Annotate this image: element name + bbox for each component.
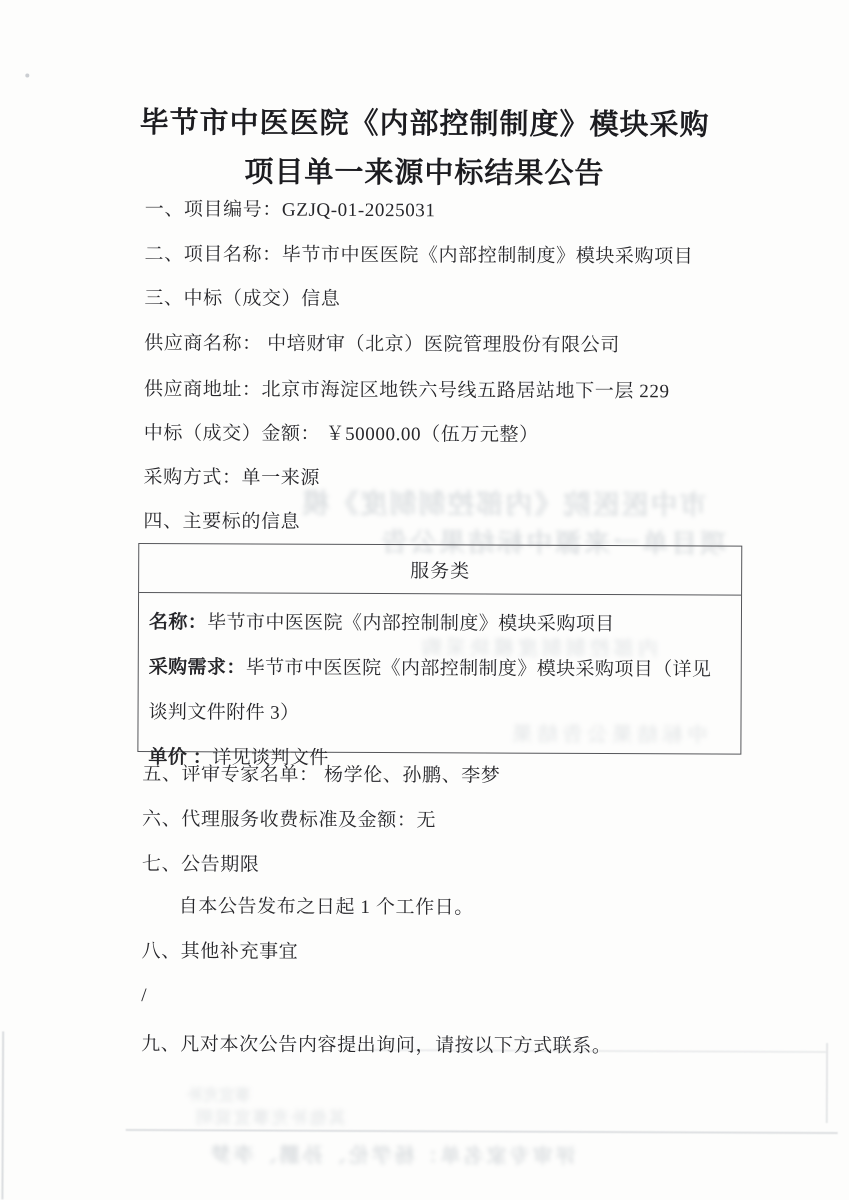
- heading-subject-info: 四、主要标的信息: [143, 509, 743, 538]
- ghost-rule: [126, 1129, 838, 1134]
- bleed-through-text: 事宜充补: [161, 1082, 251, 1105]
- document-title: 毕节市中医医院《内部控制制度》模块采购 项目单一来源中标结果公告: [0, 98, 849, 200]
- ghost-rule-vertical: [826, 1043, 828, 1123]
- paragraph-other-matters-body: /: [141, 983, 741, 1012]
- paragraph-agency-fee: 六、代理服务收费标准及金额：无: [142, 807, 742, 836]
- row-label: 采购需求：: [149, 657, 246, 678]
- paragraph-project-name: 二、项目名称：毕节市中医医院《内部控制制度》模块采购项目: [144, 242, 744, 271]
- bleed-through-text: 其他补充事宜说明: [136, 1103, 346, 1129]
- scan-speck: [25, 73, 29, 77]
- table-body: 名称：毕节市中医医院《内部控制制度》模块采购项目 采购需求：毕节市中医医院《内部…: [138, 593, 741, 783]
- page-edge-line: [1, 1031, 4, 1199]
- document-title-line-1: 毕节市中医医院《内部控制制度》模块采购: [0, 98, 849, 151]
- document-content: 市中医医院《内部控制制度》模 项目单一来源中标结果公告 内部控制制度模块采购 中…: [0, 0, 849, 1200]
- bleed-through-text: 评审专家名单：杨学伦、孙鹏、李梦: [146, 1138, 576, 1169]
- table-header-service-class: 服务类: [139, 544, 741, 596]
- heading-contact: 九、凡对本次公告内容提出询问，请按以下方式联系。: [141, 1032, 741, 1061]
- heading-other-matters: 八、其他补充事宜: [141, 939, 741, 968]
- row-value: 毕节市中医医院《内部控制制度》模块采购项目: [207, 612, 614, 635]
- table-row-name: 名称：毕节市中医医院《内部控制制度》模块采购项目: [149, 600, 731, 648]
- scanned-document-page: 市中医医院《内部控制制度》模 项目单一来源中标结果公告 内部控制制度模块采购 中…: [0, 0, 849, 1200]
- paragraph-period-body: 自本公告发布之日起 1 个工作日。: [179, 894, 779, 923]
- paragraph-procurement-method: 采购方式：单一来源: [144, 465, 744, 494]
- paragraph-supplier-name: 供应商名称： 中培财审（北京）医院管理股份有限公司: [144, 331, 744, 360]
- paragraph-project-number: 一、项目编号：GZJQ-01-2025031: [145, 197, 745, 226]
- document-title-line-2: 项目单一来源中标结果公告: [0, 147, 849, 200]
- heading-award-info: 三、中标（成交）信息: [144, 286, 744, 315]
- table-row-requirement: 采购需求：毕节市中医医院《内部控制制度》模块采购项目（详见谈判文件附件 3）: [148, 645, 730, 738]
- paragraph-supplier-address: 供应商地址：北京市海淀区地铁六号线五路居站地下一层 229: [144, 377, 744, 406]
- paragraph-experts: 五、评审专家名单： 杨学伦、孙鹏、李梦: [142, 762, 742, 791]
- subject-info-table: 服务类 名称：毕节市中医医院《内部控制制度》模块采购项目 采购需求：毕节市中医医…: [137, 543, 742, 755]
- heading-announcement-period: 七、公告期限: [142, 852, 742, 881]
- paragraph-award-amount: 中标（成交）金额： ￥50000.00（伍万元整）: [144, 421, 744, 450]
- row-label: 名称：: [149, 612, 207, 633]
